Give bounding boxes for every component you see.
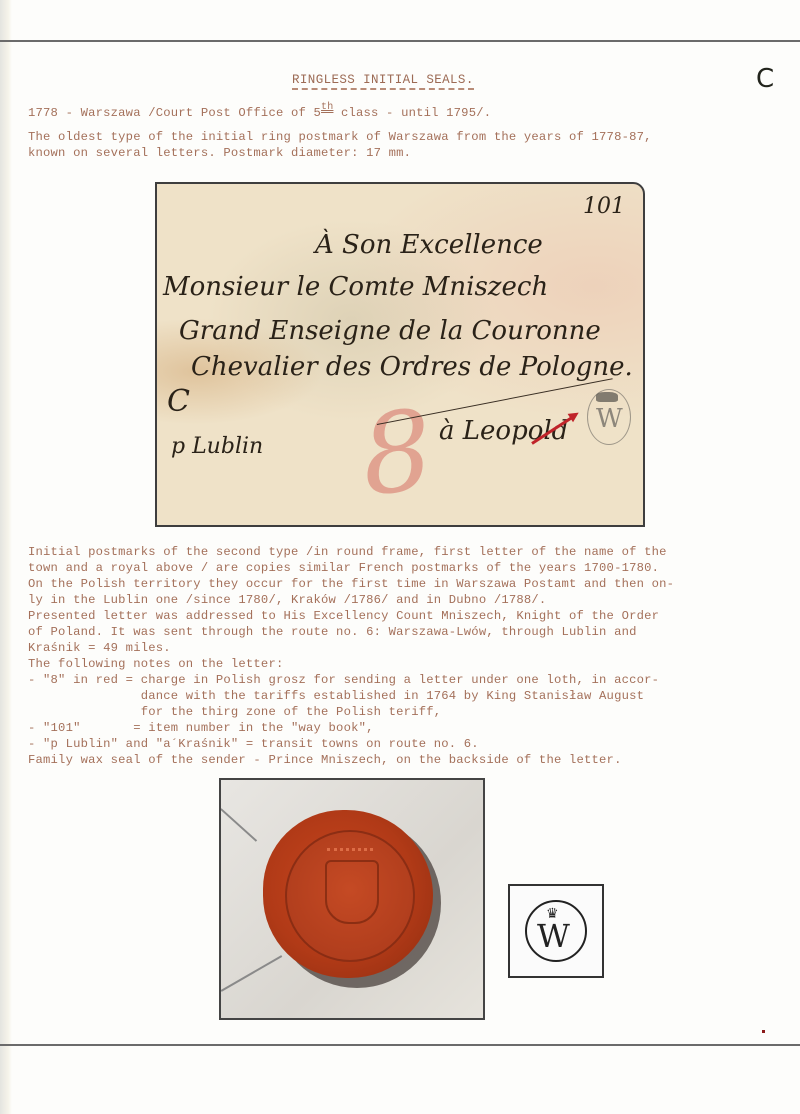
postmark-drawing: ♛ W bbox=[508, 884, 604, 978]
address-line-2: Monsieur le Comte Mniszech bbox=[163, 272, 548, 302]
bottom-rule bbox=[0, 1044, 800, 1046]
subtitle-text: 1778 - Warszawa /Court Post Office of 5 bbox=[28, 106, 321, 120]
subtitle: 1778 - Warszawa /Court Post Office of 5t… bbox=[28, 102, 491, 121]
wax-seal-photo bbox=[219, 778, 485, 1020]
address-line-3: Grand Enseigne de la Couronne bbox=[179, 316, 601, 346]
address-line-4: Chevalier des Ordres de Pologne. bbox=[191, 352, 633, 382]
crown-icon bbox=[596, 392, 618, 402]
transit-town: p Lublin bbox=[171, 434, 263, 459]
top-rule bbox=[0, 40, 800, 42]
wax-seal bbox=[263, 810, 433, 978]
page-marker: C bbox=[756, 64, 774, 94]
letter-cover-image: 101 À Son Excellence Monsieur le Comte M… bbox=[155, 182, 645, 527]
flourish-c: C bbox=[167, 384, 190, 419]
initial-postmark: W bbox=[587, 389, 631, 445]
intro-paragraph: The oldest type of the initial ring post… bbox=[28, 129, 652, 161]
envelope-fold bbox=[220, 808, 257, 841]
postmark-letter: W bbox=[596, 404, 623, 434]
subtitle-superscript: th bbox=[321, 102, 333, 113]
item-number: 101 bbox=[583, 194, 625, 219]
page-title: RINGLESS INITIAL SEALS. bbox=[292, 72, 474, 90]
postmark-ring: ♛ W bbox=[525, 900, 587, 962]
address-line-1: À Son Excellence bbox=[315, 230, 543, 260]
red-charge-mark: 8 bbox=[356, 386, 439, 521]
coat-of-arms-icon bbox=[325, 860, 379, 924]
envelope-fold bbox=[221, 955, 282, 991]
notes-text: Initial postmarks of the second type /in… bbox=[28, 544, 674, 768]
subtitle-text-end: class - until 1795/. bbox=[333, 106, 491, 120]
speck bbox=[762, 1030, 765, 1033]
postmark-letter-w: W bbox=[537, 919, 564, 953]
wax-seal-impression bbox=[285, 830, 415, 962]
page-edge-shadow bbox=[0, 0, 12, 1114]
